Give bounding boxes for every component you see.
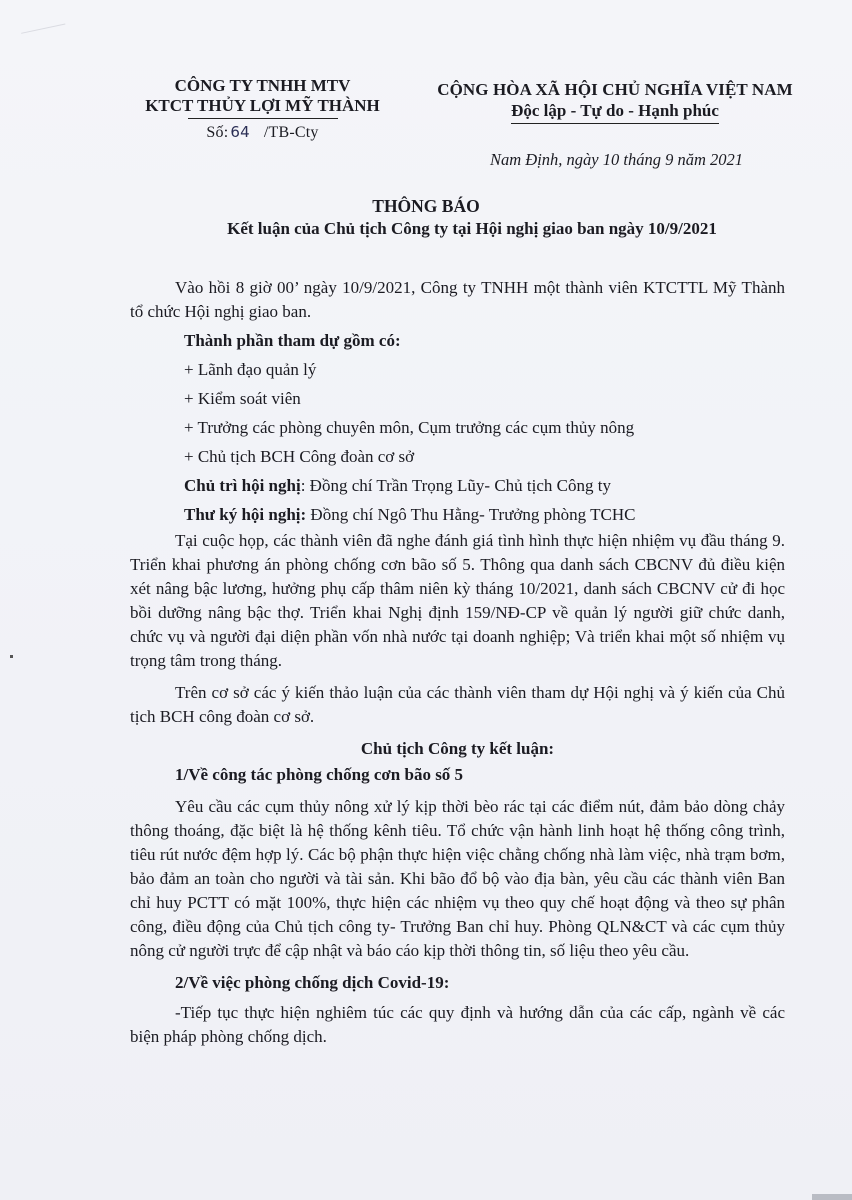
document-subtitle: Kết luận của Chủ tịch Công ty tại Hội ng… <box>0 219 852 239</box>
scanned-page: CÔNG TY TNHH MTV KTCT THỦY LỢI MỸ THÀNH … <box>0 0 852 1200</box>
chair-value: : Đồng chí Trần Trọng Lũy- Chủ tịch Công… <box>301 476 611 495</box>
scan-smudge <box>21 23 68 45</box>
org-name-line1: CÔNG TY TNHH MTV <box>130 76 395 96</box>
basis-paragraph: Trên cơ sở các ý kiến thảo luận của các … <box>130 681 785 729</box>
number-suffix: /TB-Cty <box>264 124 319 141</box>
attendee-item: + Chủ tịch BCH Công đoàn cơ sở <box>130 445 785 469</box>
document-title: THÔNG BÁO <box>0 196 852 217</box>
org-name-line2: KTCT THỦY LỢI MỸ THÀNH <box>130 96 395 116</box>
intro-paragraph: Vào hồi 8 giờ 00’ ngày 10/9/2021, Công t… <box>130 276 785 324</box>
chair-line: Chủ trì hội nghị: Đồng chí Trần Trọng Lũ… <box>130 474 785 498</box>
secretary-label: Thư ký hội nghị: <box>184 505 306 524</box>
national-motto: Độc lập - Tự do - Hạnh phúc <box>511 100 719 124</box>
section-text-storm: Yêu cầu các cụm thủy nông xử lý kịp thời… <box>130 795 785 963</box>
scan-speck <box>10 655 13 658</box>
attendees-heading: Thành phần tham dự gồm có: <box>130 329 785 353</box>
national-header: CỘNG HÒA XÃ HỘI CHỦ NGHĨA VIỆT NAM Độc l… <box>410 80 820 124</box>
document-body: Vào hồi 8 giờ 00’ ngày 10/9/2021, Công t… <box>130 276 785 1049</box>
nation-name: CỘNG HÒA XÃ HỘI CHỦ NGHĨA VIỆT NAM <box>410 80 820 100</box>
meeting-summary: Tại cuộc họp, các thành viên đã nghe đán… <box>130 529 785 673</box>
number-value: 64 <box>230 123 250 141</box>
secretary-value: Đồng chí Ngô Thu Hằng- Trưởng phòng TCHC <box>306 505 635 524</box>
secretary-line: Thư ký hội nghị: Đồng chí Ngô Thu Hằng- … <box>130 503 785 527</box>
document-number: Số:64/TB-Cty <box>130 123 395 142</box>
chair-label: Chủ trì hội nghị <box>184 476 301 495</box>
section-text-covid: -Tiếp tục thực hiện nghiêm túc các quy đ… <box>130 1001 785 1049</box>
conclusion-heading: Chủ tịch Công ty kết luận: <box>130 737 785 761</box>
attendee-item: + Kiểm soát viên <box>130 387 785 411</box>
organization-header: CÔNG TY TNHH MTV KTCT THỦY LỢI MỸ THÀNH … <box>130 76 395 142</box>
place-date: Nam Định, ngày 10 tháng 9 năm 2021 <box>490 150 743 170</box>
number-prefix: Số: <box>206 124 228 141</box>
attendee-item: + Lãnh đạo quản lý <box>130 358 785 382</box>
section-heading-storm: 1/Về công tác phòng chống cơn bão số 5 <box>130 763 785 787</box>
org-underline <box>188 118 338 119</box>
attendee-item: + Trưởng các phòng chuyên môn, Cụm trưởn… <box>130 416 785 440</box>
section-heading-covid: 2/Về việc phòng chống dịch Covid-19: <box>130 971 785 995</box>
